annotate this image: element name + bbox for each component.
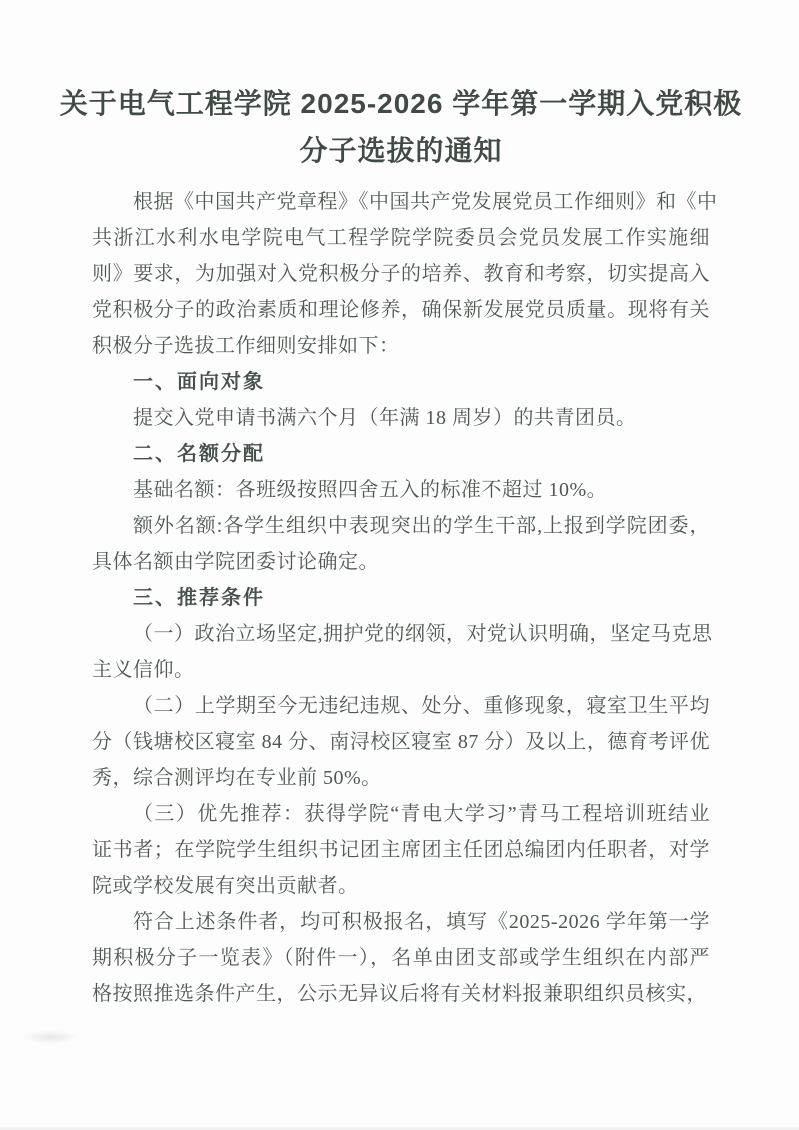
document-title-line: 关于电气工程学院 2025-2026 学年第一学期入党积极 xyxy=(58,80,744,127)
text-line: 具体名额由学院团委讨论确定。 xyxy=(92,544,710,580)
text-line: 主义信仰。 xyxy=(92,652,710,688)
text-line: （三）优先推荐：获得学院“青电大学习”青马工程培训班结业 xyxy=(92,796,710,832)
text-line: （二）上学期至今无违纪违规、处分、重修现象，寝室卫生平均 xyxy=(92,688,710,724)
paragraph: （二）上学期至今无违纪违规、处分、重修现象，寝室卫生平均分（钱塘校区寝室 84 … xyxy=(92,688,710,796)
text-line: 提交入党申请书满六个月（年满 18 周岁）的共青团员。 xyxy=(92,400,710,436)
text-line: 额外名额:各学生组织中表现突出的学生干部,上报到学院团委， xyxy=(92,508,710,544)
scan-bottom-edge xyxy=(0,1126,799,1130)
paragraph: 符合上述条件者，均可积极报名，填写《2025-2026 学年第一学期积极分子一览… xyxy=(92,904,710,1012)
paragraph: 提交入党申请书满六个月（年满 18 周岁）的共青团员。 xyxy=(92,400,710,436)
text-line: 证书者；在学院学生组织书记团主席团主任团总编团内任职者，对学 xyxy=(92,832,710,868)
text-line: 根据《中国共产党章程》《中国共产党发展党员工作细则》和《中 xyxy=(92,184,710,220)
paragraph: 基础名额：各班级按照四舍五入的标准不超过 10%。 xyxy=(92,472,710,508)
document-title: 关于电气工程学院 2025-2026 学年第一学期入党积极 分子选拔的通知 xyxy=(58,80,744,174)
paragraph: 额外名额:各学生组织中表现突出的学生干部,上报到学院团委，具体名额由学院团委讨论… xyxy=(92,508,710,580)
section-heading: 一、面向对象 xyxy=(92,364,710,400)
document-title-line: 分子选拔的通知 xyxy=(58,127,744,174)
text-line: 期积极分子一览表》（附件一），名单由团支部或学生组织在内部严 xyxy=(92,940,710,976)
text-line: 秀，综合测评均在专业前 50%。 xyxy=(92,760,710,796)
text-line: 积极分子选拔工作细则安排如下： xyxy=(92,328,710,364)
section-heading: 三、推荐条件 xyxy=(92,580,710,616)
text-line: 则》要求，为加强对入党积极分子的培养、教育和考察，切实提高入 xyxy=(92,256,710,292)
text-line: 符合上述条件者，均可积极报名，填写《2025-2026 学年第一学 xyxy=(92,904,710,940)
text-line: 党积极分子的政治素质和理论修养，确保新发展党员质量。现将有关 xyxy=(92,292,710,328)
text-line: 一、面向对象 xyxy=(92,364,710,400)
text-line: 格按照推选条件产生，公示无异议后将有关材料报兼职组织员核实， xyxy=(92,976,710,1012)
text-line: 基础名额：各班级按照四舍五入的标准不超过 10%。 xyxy=(92,472,710,508)
scan-smudge xyxy=(22,1030,78,1044)
text-line: 分（钱塘校区寝室 84 分、南浔校区寝室 87 分）及以上，德育考评优 xyxy=(92,724,710,760)
document-page: 关于电气工程学院 2025-2026 学年第一学期入党积极 分子选拔的通知 根据… xyxy=(0,0,799,1130)
paragraph: 根据《中国共产党章程》《中国共产党发展党员工作细则》和《中共浙江水利水电学院电气… xyxy=(92,184,710,364)
text-line: 三、推荐条件 xyxy=(92,580,710,616)
paragraph: （一）政治立场坚定,拥护党的纲领，对党认识明确，坚定马克思主义信仰。 xyxy=(92,616,710,688)
paragraph: （三）优先推荐：获得学院“青电大学习”青马工程培训班结业证书者；在学院学生组织书… xyxy=(92,796,710,904)
text-line: 二、名额分配 xyxy=(92,436,710,472)
document-body: 根据《中国共产党章程》《中国共产党发展党员工作细则》和《中共浙江水利水电学院电气… xyxy=(92,184,710,1012)
text-line: 院或学校发展有突出贡献者。 xyxy=(92,868,710,904)
text-line: 共浙江水利水电学院电气工程学院学院委员会党员发展工作实施细 xyxy=(92,220,710,256)
section-heading: 二、名额分配 xyxy=(92,436,710,472)
text-line: （一）政治立场坚定,拥护党的纲领，对党认识明确，坚定马克思 xyxy=(92,616,710,652)
